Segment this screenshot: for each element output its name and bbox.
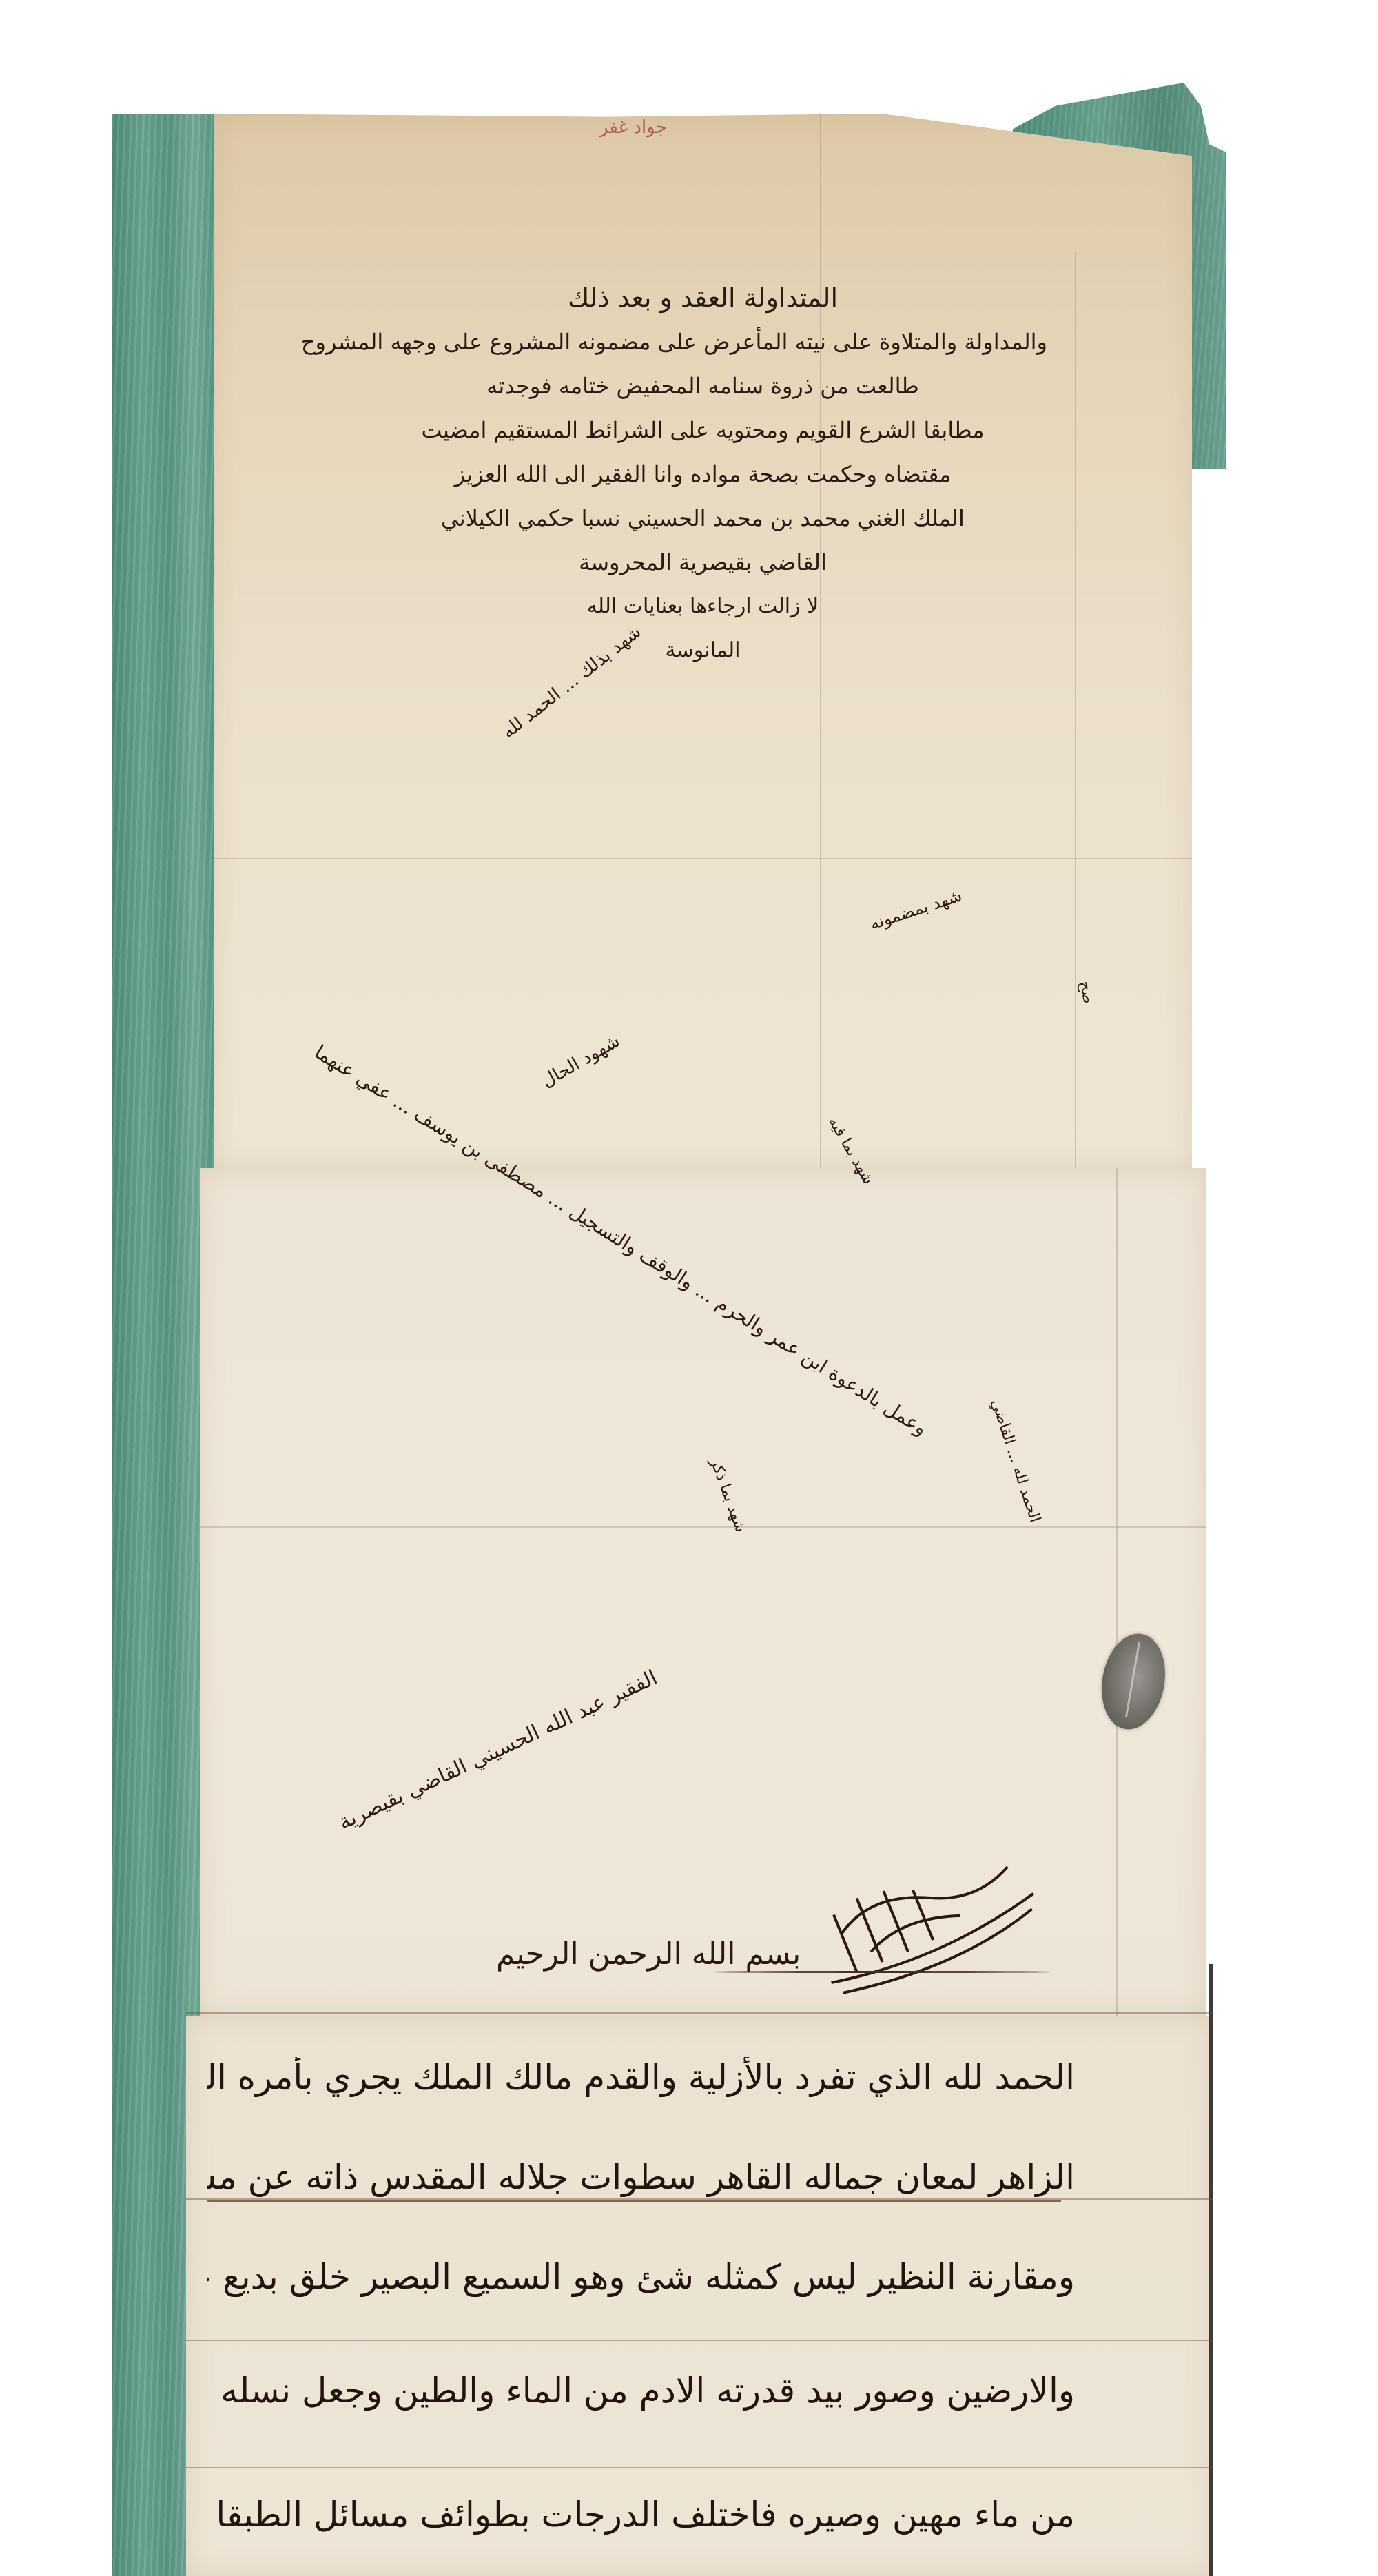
vertical-crease xyxy=(1116,1168,1118,2016)
text-line: والمداولة والمتلاوة على نيته المأعرض على… xyxy=(358,320,1047,364)
text-line: من ماء مهين وصيره فاختلف الدرجات بطوائف … xyxy=(207,2495,1075,2535)
text-line: مطابقا الشرع القويم ومحتويه على الشرائط … xyxy=(358,408,1047,452)
court-ratification-text: المتداولة العقد و بعد ذلك والمداولة والم… xyxy=(358,276,1047,673)
text-line: المتداولة العقد و بعد ذلك xyxy=(358,276,1047,320)
vertical-crease xyxy=(1075,252,1076,1168)
fold-line xyxy=(214,858,1192,859)
text-line: المانوسة xyxy=(358,628,1047,673)
text-line: القاضي بقيصرية المحروسة xyxy=(358,540,1047,584)
text-line: لا زالت ارجاءها بعنايات الله xyxy=(358,584,1047,628)
strip-divider xyxy=(186,2467,1213,2468)
strip-divider xyxy=(186,2340,1213,2341)
scroll-edge xyxy=(1209,1964,1213,2576)
text-line: الحمد لله الذي تفرد بالأزلية والقدم مالك… xyxy=(207,2057,1075,2097)
strip-divider xyxy=(186,2012,1213,2014)
text-line: طالعت من ذروة سنامه المحفيض ختامه فوجدته xyxy=(358,364,1047,408)
basmala: بسم الله الرحمن الرحيم xyxy=(496,1936,801,1972)
fold-line xyxy=(200,1526,1206,1528)
text-line: الزاهر لمعان جماله القاهر سطوات جلاله ال… xyxy=(207,2157,1075,2197)
text-line: مقتضاه وحكمت بصحة مواده وانا الفقير الى … xyxy=(358,452,1047,496)
text-line: الملك الغني محمد بن محمد الحسيني نسبا حك… xyxy=(358,496,1047,540)
manuscript-scroll: جواد غفر المتداولة العقد و بعد ذلك والمد… xyxy=(0,0,1378,2576)
basmala-underline xyxy=(703,1971,1061,1973)
text-line: ومقارنة النظير ليس كمثله شئ وهو السميع ا… xyxy=(207,2257,1075,2297)
ink-underline xyxy=(207,2200,1061,2202)
text-line: والارضين وصور بيد قدرته الادم من الماء و… xyxy=(207,2371,1075,2411)
red-ink-note: جواد غفر xyxy=(599,117,667,138)
witness-note-4: صح xyxy=(1071,979,1102,1005)
